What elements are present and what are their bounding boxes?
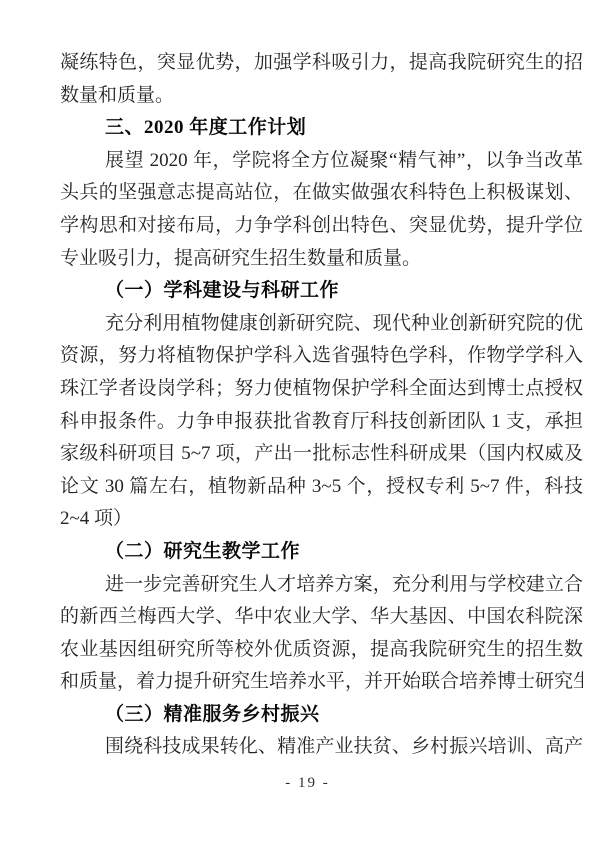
body-text-line: 学构思和对接布局，力争学科创出特色、突显优势，提升学位点 [60, 210, 583, 243]
body-text-line: 家级科研项目 5~7 项，产出一批标志性科研成果（国内权威及 SCI [60, 438, 583, 471]
body-text-line: 珠江学者设岗学科；努力使植物保护学科全面达到博士点授权学 [60, 373, 583, 406]
body-text-line: 进一步完善研究生人才培养方案，充分利用与学校建立合作 [60, 569, 583, 602]
section-heading-line: （三）精准服务乡村振兴 [60, 699, 583, 732]
body-text-line: 资源，努力将植物保护学科入选省强特色学科，作物学学科入选 [60, 340, 583, 373]
section-heading-line: 三、2020 年度工作计划 [60, 112, 583, 145]
body-text-line: 农业基因组研究所等校外优质资源，提高我院研究生的招生数量 [60, 634, 583, 667]
section-heading-line: （二）研究生教学工作 [60, 536, 583, 569]
body-text-line: 展望 2020 年，学院将全方位凝聚“精气神”，以争当改革排 [60, 145, 583, 178]
body-text-line: 数量和质量。 [60, 80, 583, 113]
body-text-line: 的新西兰梅西大学、华中农业大学、华大基因、中国农科院深圳 [60, 601, 583, 634]
document-page: 凝练特色，突显优势，加强学科吸引力，提高我院研究生的招生数量和质量。三、2020… [0, 0, 615, 847]
body-text-line: 科申报条件。力争申报获批省教育厅科技创新团队 1 支，承担国 [60, 406, 583, 439]
body-text-line: 头兵的坚强意志提高站位，在做实做强农科特色上积极谋划、科 [60, 177, 583, 210]
section-heading-line: （一）学科建设与科研工作 [60, 275, 583, 308]
body-text-line: 凝练特色，突显优势，加强学科吸引力，提高我院研究生的招生 [60, 47, 583, 80]
body-text-line: 专业吸引力，提高研究生招生数量和质量。 [60, 243, 583, 276]
body-text-line: 围绕科技成果转化、精准产业扶贫、乡村振兴培训、高产创 [60, 731, 583, 764]
page-number: - 19 - [0, 775, 615, 792]
body-text-line: 2~4 项） [60, 503, 583, 536]
body-text-line: 充分利用植物健康创新研究院、现代种业创新研究院的优质 [60, 308, 583, 341]
body-text-line: 论文 30 篇左右，植物新品种 3~5 个，授权专利 5~7 件，科技奖励 [60, 471, 583, 504]
body-text-line: 和质量，着力提升研究生培养水平，并开始联合培养博士研究生。 [60, 666, 583, 699]
document-body: 凝练特色，突显优势，加强学科吸引力，提高我院研究生的招生数量和质量。三、2020… [60, 47, 583, 764]
